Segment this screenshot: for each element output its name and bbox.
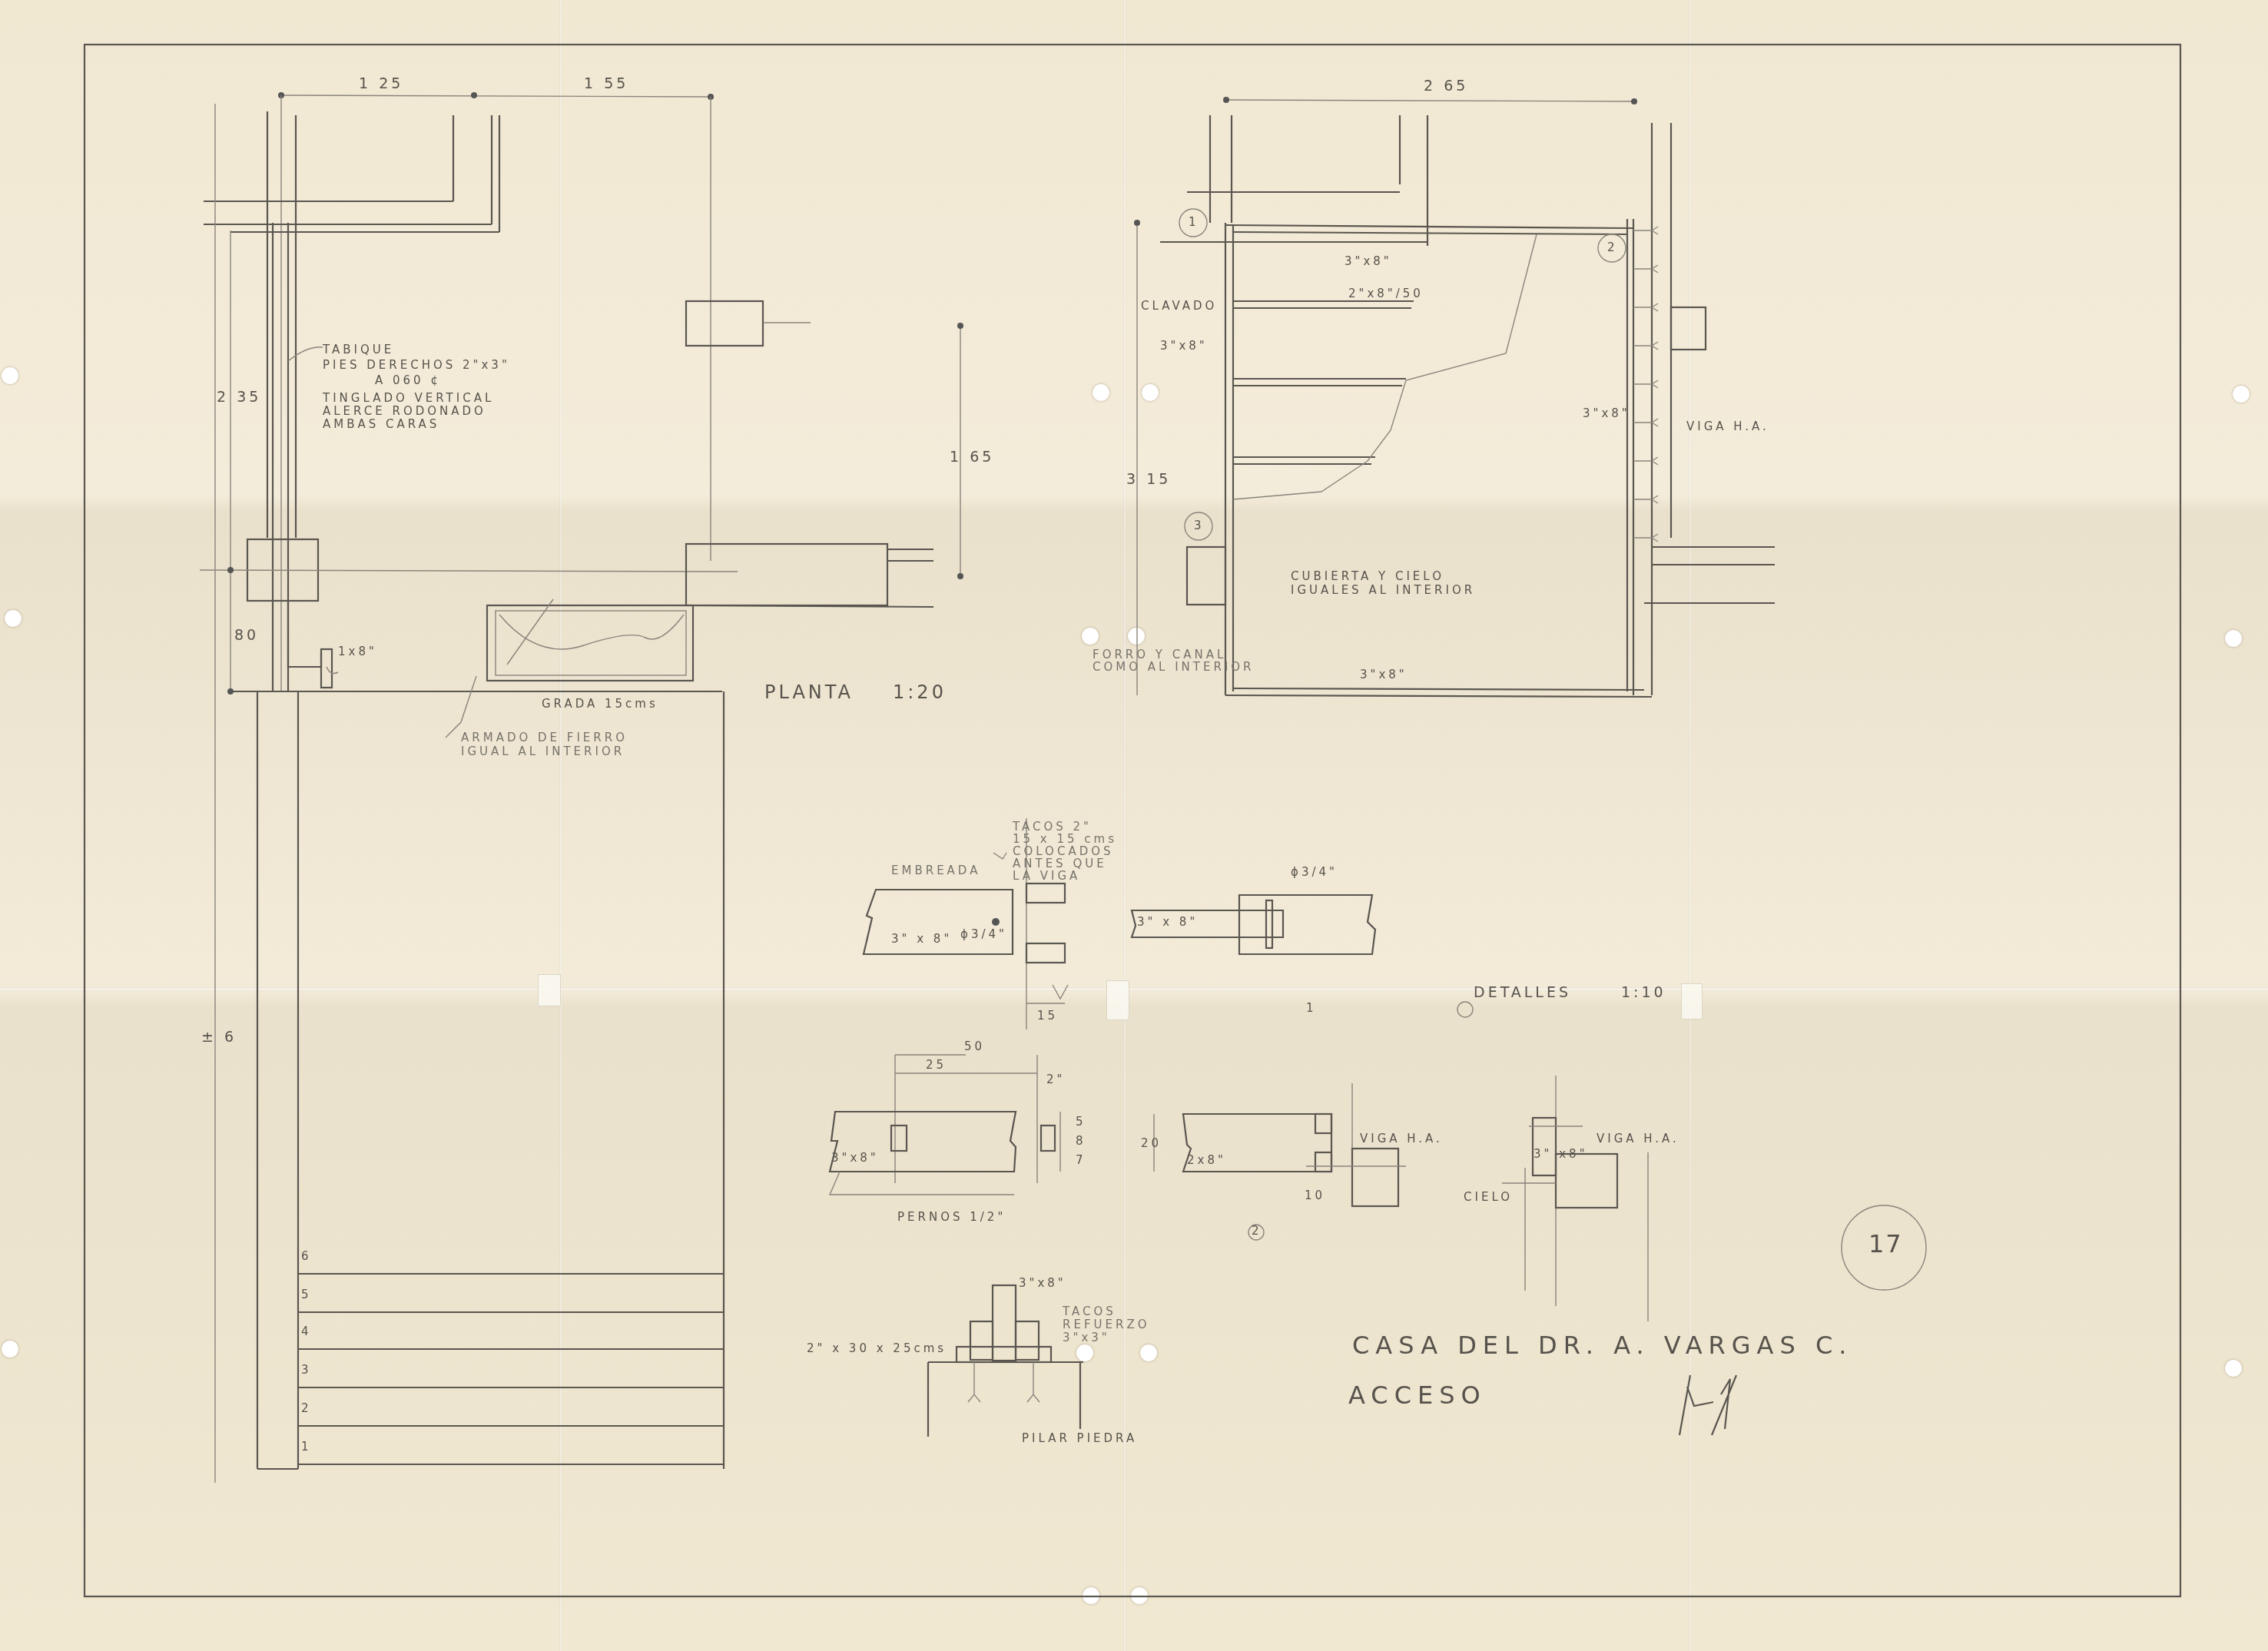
detail1-marker: 1 (1306, 1000, 1317, 1016)
note-tabique-title: TABIQUE (323, 342, 394, 357)
dim-top-left: 1 25 (359, 75, 403, 94)
detail3-viga: VIGA H.A. (1597, 1131, 1679, 1146)
detail2-beam-left: 3"x8" (831, 1150, 879, 1165)
detail2-dim-50: 50 (964, 1039, 985, 1054)
signature-icon (1675, 1371, 1744, 1440)
detail2-dim-2in: 2" (1046, 1072, 1065, 1087)
drawing-linework (0, 0, 2268, 1651)
detail2-pernos: PERNOS 1/2" (897, 1209, 1006, 1225)
detail1-bolt-left: ϕ3/4" (960, 927, 1007, 942)
detail1-beam-left: 3" x 8" (891, 931, 952, 947)
detail1-beam-right: 3" x 8" (1137, 914, 1198, 930)
note-viga-post: 3"x8" (1583, 406, 1630, 421)
marker-3: 3 (1194, 518, 1205, 533)
detail2-beam-right: 2x8" (1187, 1152, 1226, 1168)
dim-left-lower: 80 (234, 626, 259, 646)
dim-left-vertical: 2 35 (217, 388, 261, 408)
roof-dim-top: 2 65 (1424, 77, 1468, 97)
detail2-viga: VIGA H.A. (1360, 1131, 1443, 1146)
detail2-dim-20: 20 (1141, 1135, 1162, 1151)
note-joists: 2"x8"/50 (1348, 286, 1424, 301)
project-title: CASA DEL DR. A. VARGAS C. (1352, 1329, 1852, 1362)
marker-1: 1 (1189, 214, 1199, 230)
sheet-number: 17 (1868, 1228, 1903, 1261)
note-grada: GRADA 15cms (542, 696, 658, 711)
dim-right-vertical: 1 65 (950, 448, 994, 468)
detail2-dim-25: 25 (926, 1057, 947, 1072)
note-tabique-line: A 060 ¢ (375, 373, 441, 388)
note-beam-top: 3"x8" (1345, 254, 1392, 269)
base-plate: 2" x 30 x 25cms (807, 1341, 947, 1356)
step-number: 6 (301, 1248, 312, 1264)
base-tacos-line: 3"x3" (1063, 1330, 1110, 1345)
detail2-dim-side: 8 (1076, 1133, 1086, 1149)
detail3-cielo: CIELO (1464, 1189, 1513, 1205)
step-number: 2 (301, 1401, 312, 1416)
note-post: 3"x8" (1160, 338, 1208, 353)
dim-top-right: 1 55 (584, 75, 628, 94)
note-clavado: CLAVADO (1141, 298, 1217, 313)
detail3-post: 3" x8" (1534, 1146, 1588, 1162)
note-tinglado-line: AMBAS CARAS (323, 416, 439, 432)
note-cubierta-line: IGUALES AL INTERIOR (1291, 582, 1475, 598)
note-forro-line: COMO AL INTERIOR (1093, 659, 1255, 675)
detail2-dim-side: 5 (1076, 1114, 1086, 1129)
note-armado-line: IGUAL AL INTERIOR (461, 744, 625, 759)
dim-stair: ± 6 (201, 1028, 237, 1048)
roof-dim-vertical: 3 15 (1126, 470, 1171, 490)
base-post: 3"x8" (1019, 1275, 1066, 1291)
note-tacos-line: LA VIGA (1013, 868, 1080, 884)
step-number: 3 (301, 1362, 312, 1377)
note-tabique-line: PIES DERECHOS 2"x3" (323, 357, 510, 373)
step-number: 5 (301, 1287, 312, 1302)
detail1-dim: 15 (1037, 1008, 1058, 1023)
marker-2: 2 (1607, 240, 1618, 255)
step-number: 1 (301, 1439, 312, 1454)
step-number: 4 (301, 1324, 312, 1339)
detail2-dim-10: 10 (1305, 1188, 1325, 1203)
details-scale: 1:10 (1621, 983, 1666, 1003)
plan-scale: 1:20 (893, 680, 947, 704)
note-board: 1x8" (338, 644, 377, 659)
sheet-title: ACCESO (1348, 1379, 1487, 1412)
note-viga: VIGA H.A. (1686, 419, 1769, 434)
detail2-marker: 2 (1252, 1223, 1262, 1238)
plan-label: PLANTA (764, 680, 854, 704)
detail2-dim-side: 7 (1076, 1152, 1086, 1168)
details-label: DETALLES (1474, 983, 1571, 1003)
note-bottom-beam: 3"x8" (1360, 667, 1408, 682)
note-embreada: EMBREADA (891, 863, 980, 878)
base-pilar: PILAR PIEDRA (1022, 1431, 1137, 1446)
detail1-bolt-right: ϕ3/4" (1291, 864, 1338, 880)
